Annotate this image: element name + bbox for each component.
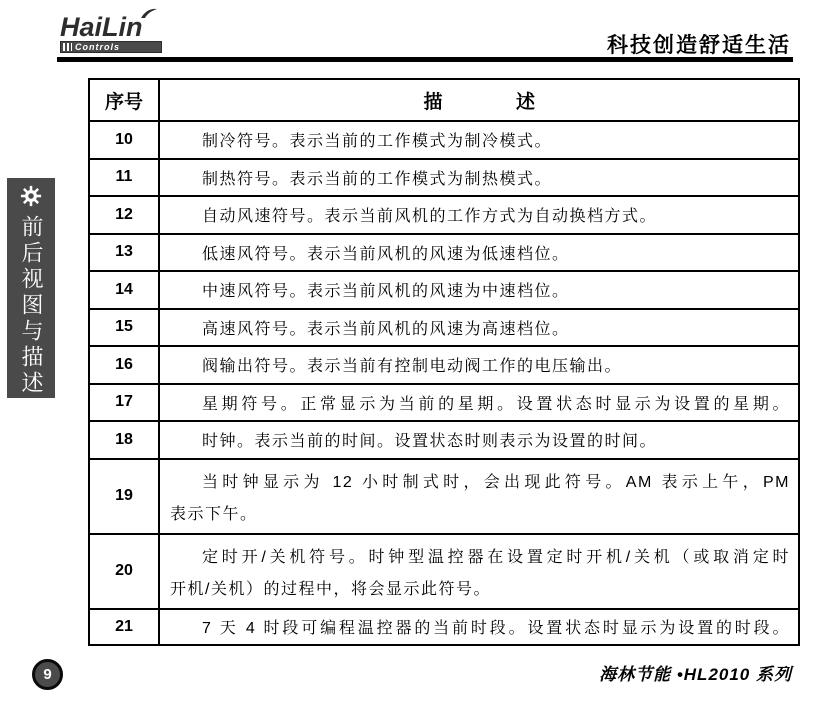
table-row: 20 定时开/关机符号。时钟型温控器在设置定时开机/关机（或取消定时 开机/关机… (90, 533, 798, 608)
table-row: 18 时钟。表示当前的时间。设置状态时则表示为设置的时间。 (90, 420, 798, 458)
row-description: 制冷符号。表示当前的工作模式为制冷模式。 (170, 128, 790, 151)
table-row: 13 低速风符号。表示当前风机的风速为低速档位。 (90, 233, 798, 271)
hailin-logo: HaiLin Controls (60, 13, 170, 53)
table-row: 19 当时钟显示为 12 小时制式时，会出现此符号。AM 表示上午，PM 表示下… (90, 458, 798, 533)
row-description: 自动风速符号。表示当前风机的工作方式为自动换档方式。 (170, 203, 790, 226)
section-tab: 前后视图与描述 (7, 178, 55, 398)
logo-sub-label: Controls (75, 42, 120, 52)
row-number: 11 (90, 160, 160, 196)
table-row: 15 高速风符号。表示当前风机的风速为高速档位。 (90, 308, 798, 346)
row-number: 10 (90, 122, 160, 158)
row-number: 20 (90, 535, 160, 608)
row-number: 18 (90, 422, 160, 458)
row-description: 高速风符号。表示当前风机的风速为高速档位。 (170, 316, 790, 339)
banner-stripes-icon (63, 43, 72, 51)
col-header-desc-right: 述 (516, 87, 537, 114)
row-description: 阀输出符号。表示当前有控制电动阀工作的电压输出。 (170, 353, 790, 376)
col-header-desc-left: 描 (423, 87, 444, 114)
row-description: 低速风符号。表示当前风机的风速为低速档位。 (170, 241, 790, 264)
row-number: 12 (90, 197, 160, 233)
page-number-badge: 9 (32, 659, 63, 690)
page-slogan: 科技创造舒适生活 (607, 29, 791, 59)
page-number: 9 (43, 666, 51, 683)
row-description: 制热符号。表示当前的工作模式为制热模式。 (170, 166, 790, 189)
table-row: 16 阀输出符号。表示当前有控制电动阀工作的电压输出。 (90, 345, 798, 383)
row-description: 星期符号。正常显示为当前的星期。设置状态时显示为设置的星期。 (170, 391, 790, 414)
section-tab-label: 前后视图与描述 (20, 215, 42, 397)
row-description-line2: 开机/关机）的过程中，将会显示此符号。 (170, 576, 790, 599)
row-number: 19 (90, 460, 160, 533)
header-rule (57, 57, 793, 62)
row-number: 16 (90, 347, 160, 383)
row-number: 13 (90, 235, 160, 271)
table-row: 17 星期符号。正常显示为当前的星期。设置状态时显示为设置的星期。 (90, 383, 798, 421)
row-number: 21 (90, 610, 160, 644)
row-description: 7 天 4 时段可编程温控器的当前时段。设置状态时显示为设置的时段。 (170, 615, 790, 638)
manual-page: HaiLin Controls 科技创造舒适生活 (0, 0, 835, 709)
gear-icon (20, 185, 42, 212)
table-row: 11 制热符号。表示当前的工作模式为制热模式。 (90, 158, 798, 196)
logo-banner: Controls (60, 41, 162, 53)
table-row: 21 7 天 4 时段可编程温控器的当前时段。设置状态时显示为设置的时段。 (90, 608, 798, 644)
leaf-icon (140, 6, 158, 24)
row-number: 14 (90, 272, 160, 308)
table-row: 10 制冷符号。表示当前的工作模式为制冷模式。 (90, 120, 798, 158)
row-description: 时钟。表示当前的时间。设置状态时则表示为设置的时间。 (170, 428, 790, 451)
col-header-number: 序号 (90, 80, 160, 120)
row-number: 15 (90, 310, 160, 346)
row-description-line1: 定时开/关机符号。时钟型温控器在设置定时开机/关机（或取消定时 (170, 544, 790, 567)
row-description-line2: 表示下午。 (170, 501, 790, 524)
table-row: 12 自动风速符号。表示当前风机的工作方式为自动换档方式。 (90, 195, 798, 233)
table-row: 14 中速风符号。表示当前风机的风速为中速档位。 (90, 270, 798, 308)
col-header-description: 描 述 (160, 80, 798, 120)
table-header-row: 序号 描 述 (90, 80, 798, 120)
row-description-line1: 当时钟显示为 12 小时制式时，会出现此符号。AM 表示上午，PM (170, 469, 790, 492)
footer-series: 海林节能 •HL2010 系列 (599, 660, 792, 685)
row-number: 17 (90, 385, 160, 421)
description-table: 序号 描 述 10 制冷符号。表示当前的工作模式为制冷模式。 11 制热符号。表… (88, 78, 800, 646)
row-description: 中速风符号。表示当前风机的风速为中速档位。 (170, 278, 790, 301)
